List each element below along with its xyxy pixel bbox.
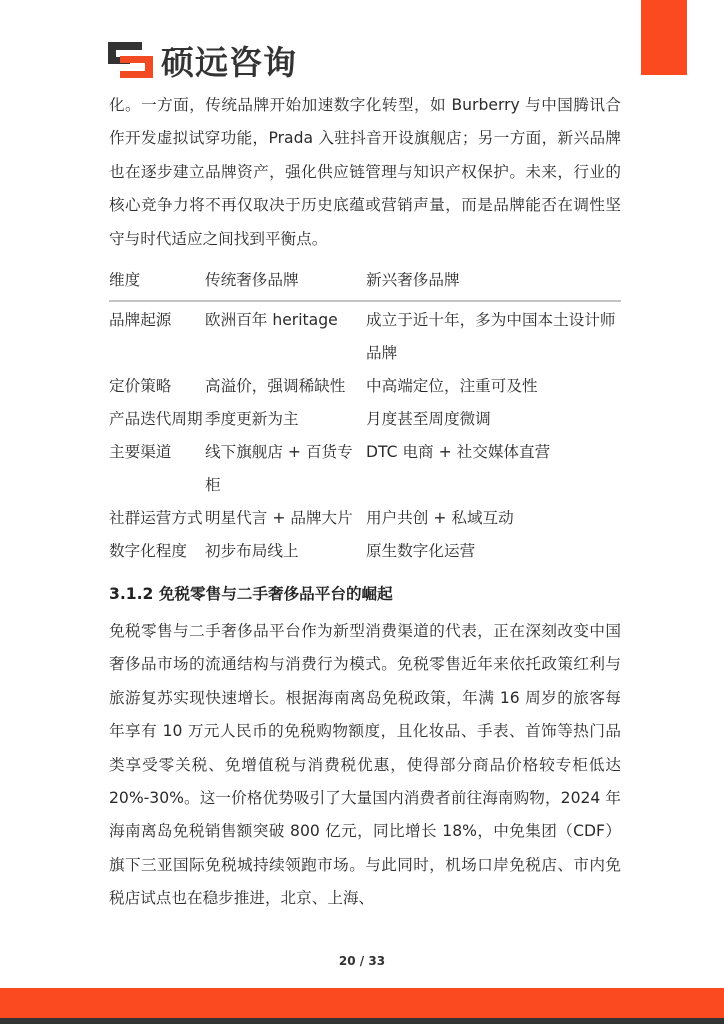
- table-cell: 欧洲百年 heritage: [205, 301, 366, 370]
- brand-comparison-table: 维度 传统奢侈品牌 新兴奢侈品牌 品牌起源 欧洲百年 heritage 成立于近…: [109, 264, 621, 568]
- table-cell: DTC 电商 + 社交媒体直营: [366, 436, 621, 502]
- page-number: 20 / 33: [0, 954, 724, 968]
- table-cell: 主要渠道: [109, 436, 205, 502]
- page-content: 化。一方面，传统品牌开始加速数字化转型，如 Burberry 与中国腾讯合作开发…: [109, 89, 621, 916]
- table-cell: 高溢价，强调稀缺性: [205, 370, 366, 403]
- table-cell: 中高端定位，注重可及性: [366, 370, 621, 403]
- table-cell: 明星代言 + 品牌大片: [205, 502, 366, 535]
- table-row: 社群运营方式 明星代言 + 品牌大片 用户共创 + 私域互动: [109, 502, 621, 535]
- table-cell: 数字化程度: [109, 535, 205, 568]
- table-cell: 品牌起源: [109, 301, 205, 370]
- company-logo: 硕远咨询: [108, 38, 297, 82]
- table-row: 定价策略 高溢价，强调稀缺性 中高端定位，注重可及性: [109, 370, 621, 403]
- table-row: 主要渠道 线下旗舰店 + 百货专柜 DTC 电商 + 社交媒体直营: [109, 436, 621, 502]
- footer-dark-strip: [0, 1018, 724, 1024]
- table-cell: 初步布局线上: [205, 535, 366, 568]
- table-cell: 定价策略: [109, 370, 205, 403]
- section-heading: 3.1.2 免税零售与二手奢侈品平台的崛起: [109, 579, 621, 609]
- table-row: 产品迭代周期 季度更新为主 月度甚至周度微调: [109, 403, 621, 436]
- table-cell: 产品迭代周期: [109, 403, 205, 436]
- table-cell: 社群运营方式: [109, 502, 205, 535]
- logo-mark-icon: [108, 42, 153, 78]
- table-cell: 线下旗舰店 + 百货专柜: [205, 436, 366, 502]
- section-paragraph: 免税零售与二手奢侈品平台作为新型消费渠道的代表，正在深刻改变中国奢侈品市场的流通…: [109, 615, 621, 916]
- table-cell: 用户共创 + 私域互动: [366, 502, 621, 535]
- corner-accent-block: [641, 0, 687, 75]
- table-cell: 成立于近十年，多为中国本土设计师品牌: [366, 301, 621, 370]
- table-row: 品牌起源 欧洲百年 heritage 成立于近十年，多为中国本土设计师品牌: [109, 301, 621, 370]
- table-header-cell: 新兴奢侈品牌: [366, 264, 621, 301]
- table-cell: 季度更新为主: [205, 403, 366, 436]
- table-row: 数字化程度 初步布局线上 原生数字化运营: [109, 535, 621, 568]
- footer-accent-bar: [0, 988, 724, 1018]
- table-header-cell: 传统奢侈品牌: [205, 264, 366, 301]
- table-header-cell: 维度: [109, 264, 205, 301]
- table-cell: 原生数字化运营: [366, 535, 621, 568]
- intro-paragraph: 化。一方面，传统品牌开始加速数字化转型，如 Burberry 与中国腾讯合作开发…: [109, 89, 621, 256]
- table-header-row: 维度 传统奢侈品牌 新兴奢侈品牌: [109, 264, 621, 301]
- table-cell: 月度甚至周度微调: [366, 403, 621, 436]
- logo-text: 硕远咨询: [161, 37, 297, 84]
